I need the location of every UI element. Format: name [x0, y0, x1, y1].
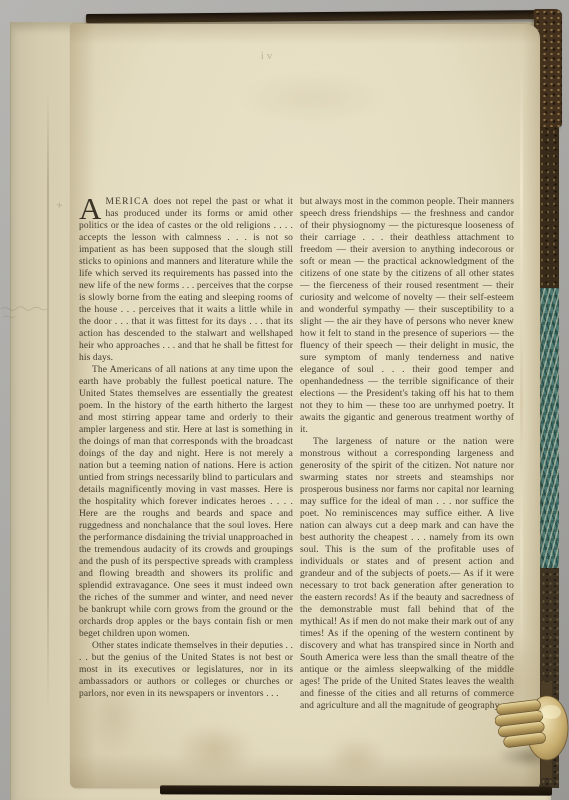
paragraph: The Americans of all nations at any time…: [79, 364, 293, 640]
paper-stain: [175, 724, 255, 776]
binding-bottom-edge: [160, 785, 552, 795]
text-column-right: but always most in the common people. Th…: [300, 196, 514, 712]
book-photograph: + iv AMERICAdoes not repel the past or w…: [0, 0, 569, 800]
text-column-left: AMERICAdoes not repel the past or what i…: [79, 196, 293, 700]
paper-stain: [325, 736, 387, 778]
paragraph: The largeness of nature or the nation we…: [300, 436, 514, 712]
paragraph: Other states indicate themselves in thei…: [79, 640, 293, 700]
faint-inscription: [0, 300, 48, 330]
marbled-paper-edge: [539, 288, 559, 568]
book-page[interactable]: iv AMERICAdoes not repel the past or wha…: [70, 24, 540, 788]
brass-highlight: [541, 705, 561, 719]
paragraph: AMERICAdoes not repel the past or what i…: [79, 196, 293, 364]
page-number: iv: [248, 50, 288, 62]
paper-stain: [238, 72, 388, 124]
paragraph-text: does not repel the past or what it has p…: [79, 197, 293, 363]
flyleaf-crease: [47, 92, 49, 712]
paragraph: but always most in the common people. Th…: [300, 196, 514, 436]
binding-fore-edge: [539, 16, 559, 788]
lead-caps: MERICA: [106, 197, 150, 207]
hand-fingers: [495, 699, 546, 749]
drop-cap: A: [79, 196, 106, 220]
brass-hand-page-holder[interactable]: [495, 682, 569, 778]
page-crease: [520, 69, 523, 669]
